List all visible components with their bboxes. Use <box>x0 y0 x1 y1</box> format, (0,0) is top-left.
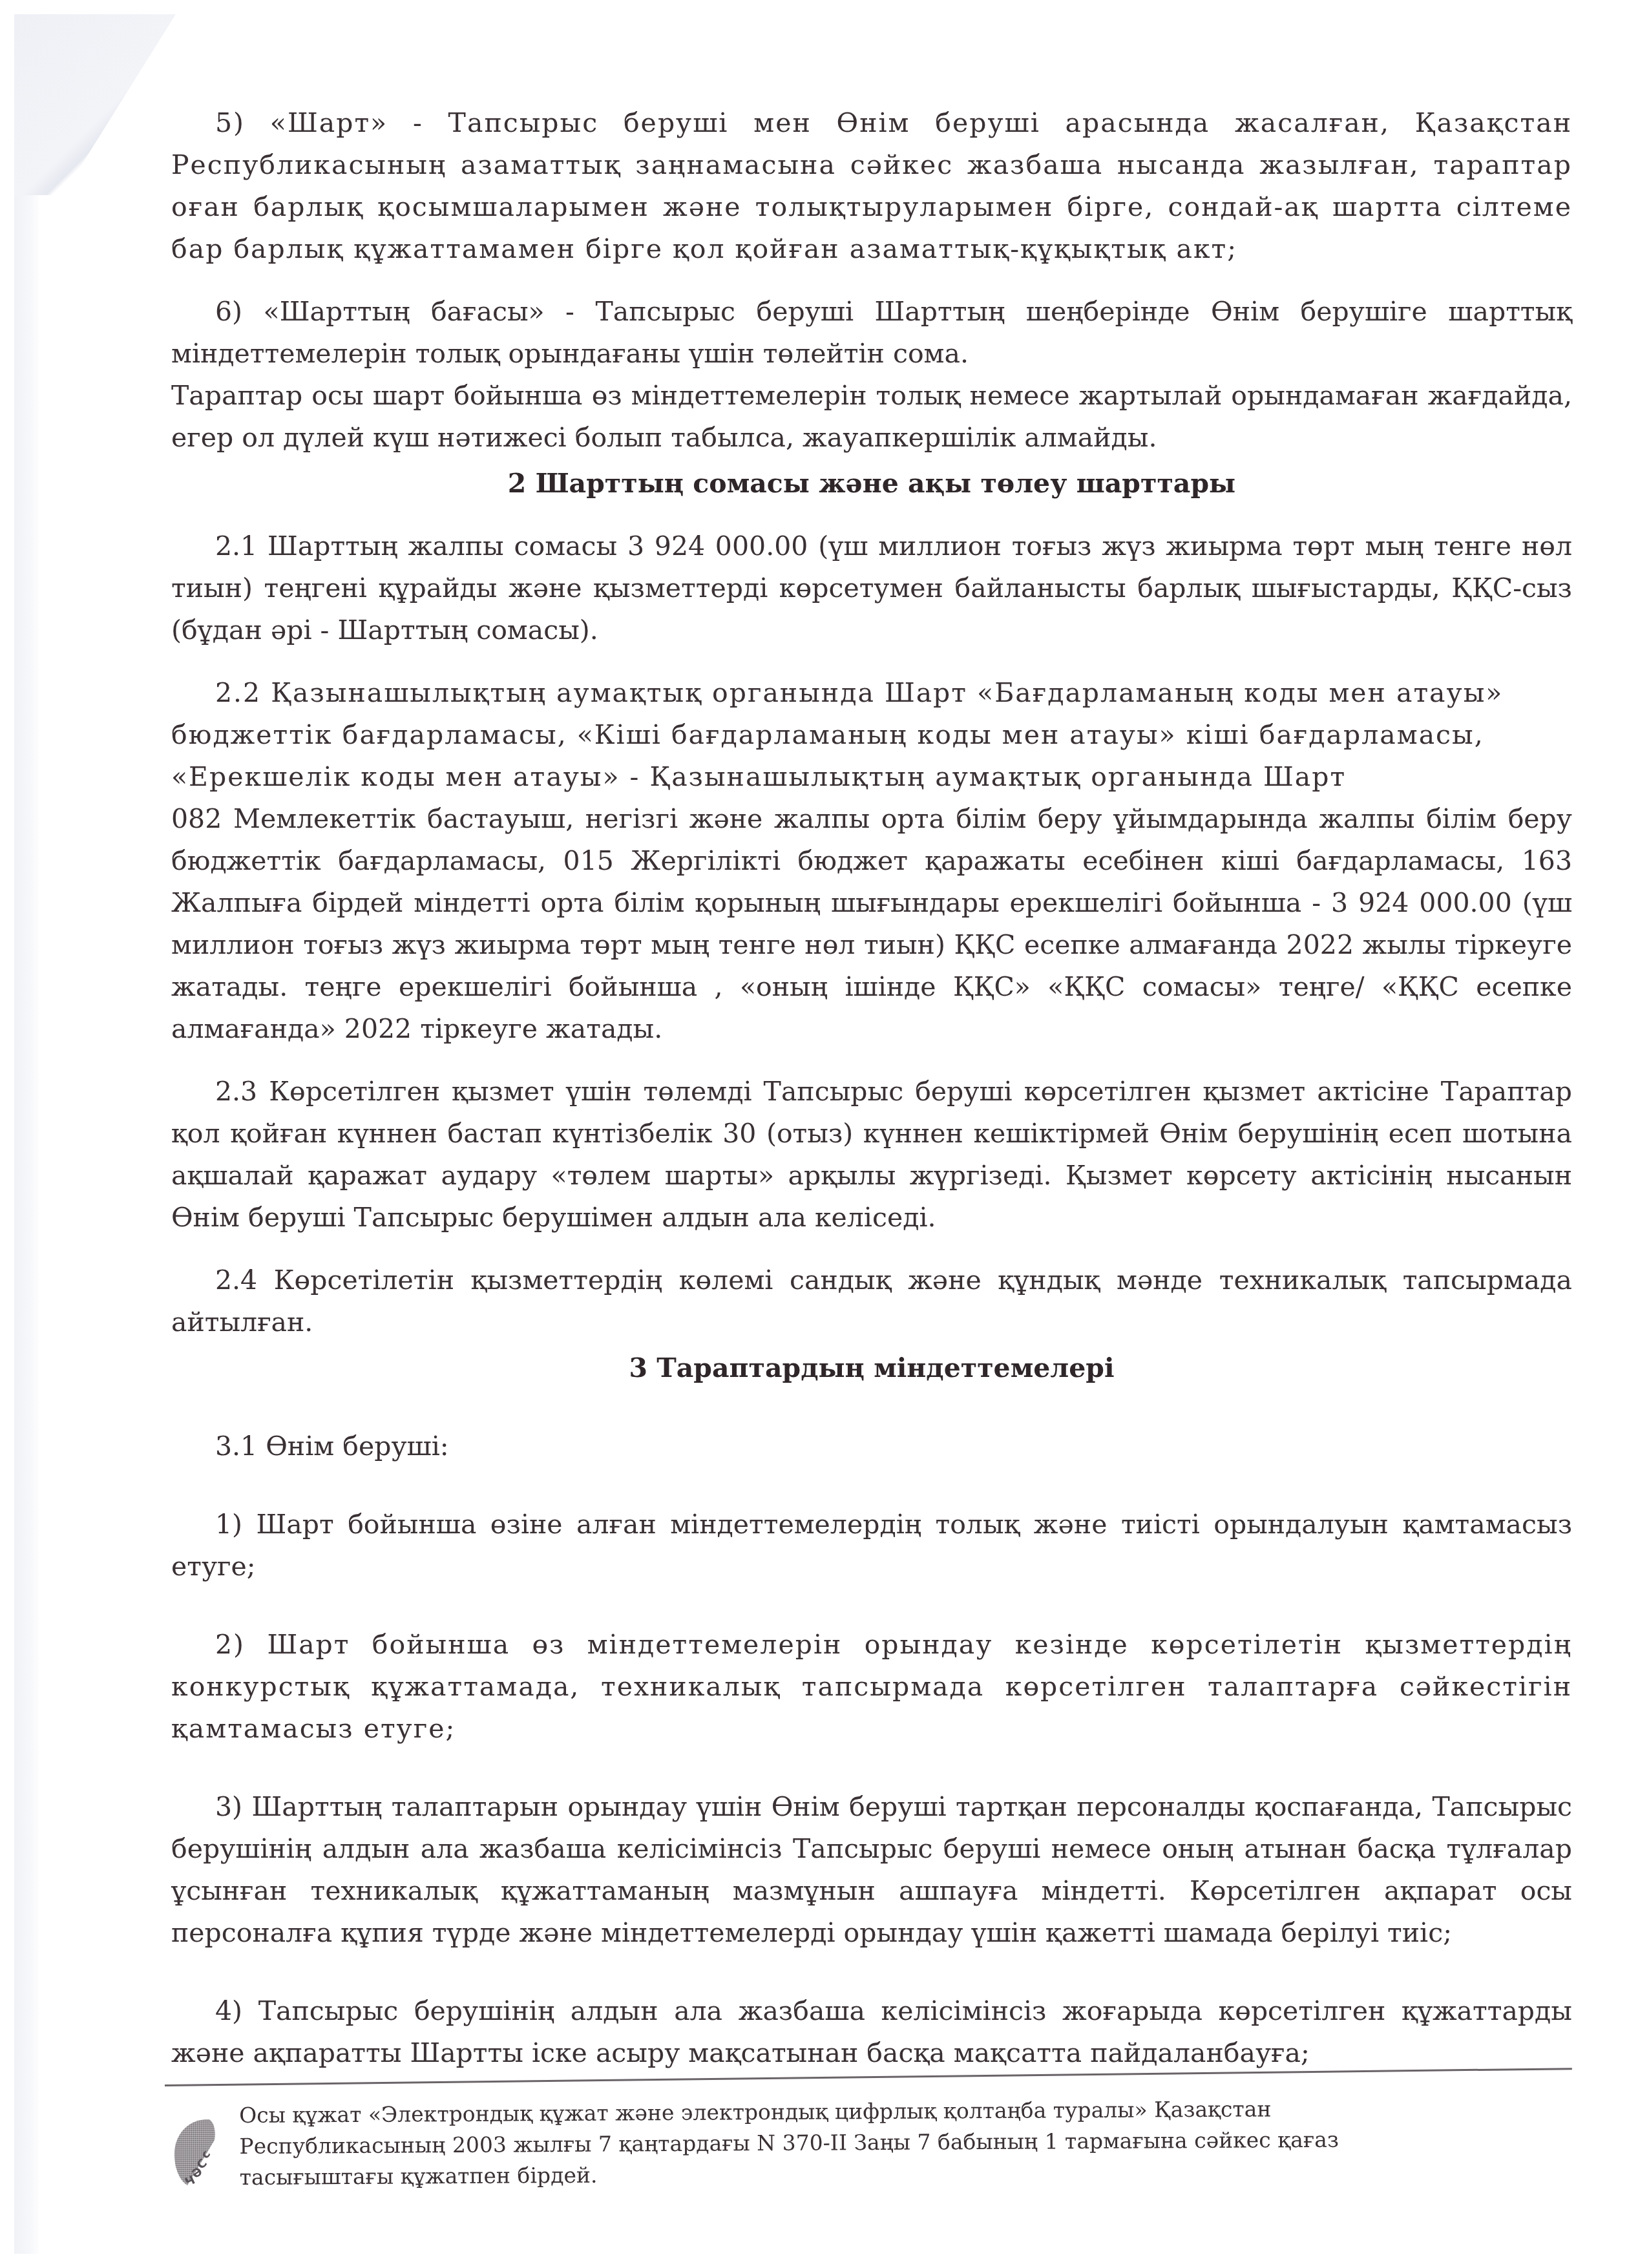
document-page: 5) «Шарт» - Тапсырыс беруші мен Өнім бер… <box>171 102 1572 2074</box>
clause-2-2-body: 082 Мемлекеттік бастауыш, негізгі және ж… <box>171 798 1572 1050</box>
obligation-item-1: 1) Шарт бойынша өзіне алған міндеттемеле… <box>171 1504 1572 1588</box>
clause-2-3: 2.3 Көрсетілген қызмет үшін төлемді Тапс… <box>171 1071 1572 1239</box>
egov-footer: с С Ә Ч Осы құжат «Электрондық құжат жән… <box>169 2100 1526 2198</box>
folded-page-corner <box>14 14 176 195</box>
egov-legal-notice: Осы құжат «Электрондық құжат және электр… <box>239 2094 1339 2193</box>
obligation-item-2: 2) Шарт бойынша өз міндеттемелерін орынд… <box>171 1624 1572 1750</box>
egov-seal-icon: с С Ә Ч <box>169 2114 227 2198</box>
clause-2-2-intro: 2.2 Қазынашылықтың аумақтық органында Ша… <box>171 672 1572 798</box>
force-majeure-paragraph: Тараптар осы шарт бойынша өз міндеттемел… <box>171 375 1572 459</box>
obligation-item-4: 4) Тапсырыс берушінің алдын ала жазбаша … <box>171 1990 1572 2074</box>
subsection-3-1-heading: 3.1 Өнім беруші: <box>171 1425 1572 1467</box>
obligation-item-3: 3) Шарттың талаптарын орындау үшін Өнім … <box>171 1786 1572 1954</box>
scan-shadow-edge <box>14 14 39 2254</box>
definition-5: 5) «Шарт» - Тапсырыс беруші мен Өнім бер… <box>171 102 1572 270</box>
definition-6: 6) «Шарттың бағасы» - Тапсырыс беруші Ша… <box>171 291 1572 375</box>
clause-2-1: 2.1 Шарттың жалпы сомасы 3 924 000.00 (ү… <box>171 525 1572 651</box>
footer-line-3: тасығыштағы құжатпен бірдей. <box>240 2156 1339 2193</box>
section-2-heading: 2 Шарттың сомасы және ақы төлеу шарттары <box>171 463 1572 505</box>
section-3-heading: 3 Тараптардың міндеттемелері <box>171 1347 1572 1389</box>
clause-2-4: 2.4 Көрсетілетін қызметтердің көлемі сан… <box>171 1259 1572 1343</box>
